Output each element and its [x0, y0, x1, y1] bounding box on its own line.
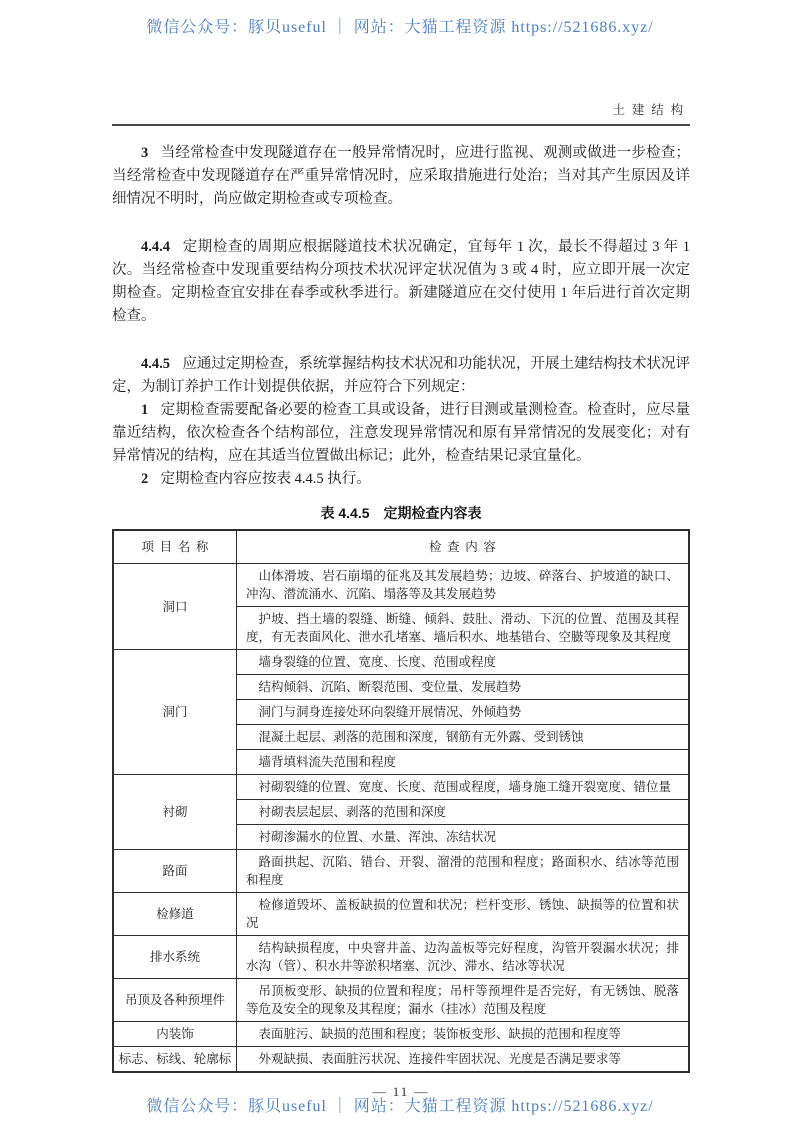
table-row: 衬砌衬砌裂缝的位置、宽度、长度、范围或程度，墙身施工缝开裂宽度、错位量 [113, 775, 689, 800]
inspection-content-cell: 护坡、挡土墙的裂缝、断缝、倾斜、鼓肚、滑动、下沉的位置、范围及其程度，有无表面风… [237, 607, 690, 650]
page-content: 土建结构 3当经常检查中发现隧道存在一般异常情况时，应进行监视、观测或做进一步检… [112, 100, 690, 1100]
paragraph-clause-4-4-5: 4.4.5应通过定期检查，系统掌握结构技术状况和功能状况，开展土建结构技术状况评… [112, 353, 690, 399]
inspection-content-cell: 山体滑坡、岩石崩塌的征兆及其发展趋势；边坡、碎落台、护坡道的缺口、冲沟、潜流涌水… [237, 564, 690, 607]
paragraph-item-2: 2定期检查内容应按表 4.4.5 执行。 [112, 468, 690, 491]
inspection-content-cell: 衬砌表层起层、剥落的范围和深度 [237, 800, 690, 825]
table-row: 检修道检修道毁坏、盖板缺损的位置和状况；栏杆变形、锈蚀、缺损等的位置和状况 [113, 893, 689, 936]
inspection-table: 项目名称 检查内容 洞口山体滑坡、岩石崩塌的征兆及其发展趋势；边坡、碎落台、护坡… [112, 529, 690, 1073]
running-head: 土建结构 [112, 100, 690, 118]
inspection-content-cell: 外观缺损、表面脏污状况、连接件牢固状况、光度是否满足要求等 [237, 1047, 690, 1073]
table-header-row: 项目名称 检查内容 [113, 530, 689, 564]
document-page: 微信公众号：豚贝useful ｜ 网站：大猫工程资源 https://52168… [0, 0, 800, 1132]
inspection-content-cell: 结构缺损程度，中央窨井盖、边沟盖板等完好程度，沟管开裂漏水状况；排水沟（管）、积… [237, 936, 690, 979]
table-row: 路面路面拱起、沉陷、错台、开裂、溜滑的范围和程度；路面积水、结冰等范围和程度 [113, 850, 689, 893]
clause-text: 当经常检查中发现隧道存在一般异常情况时，应进行监视、观测或做进一步检查；当经常检… [112, 145, 690, 207]
item-name-cell: 吊顶及各种预埋件 [113, 979, 237, 1022]
table-row: 标志、标线、轮廓标外观缺损、表面脏污状况、连接件牢固状况、光度是否满足要求等 [113, 1047, 689, 1073]
table-row: 洞门墙身裂缝的位置、宽度、长度、范围或程度 [113, 650, 689, 675]
item-name-cell: 洞口 [113, 564, 237, 650]
inspection-content-cell: 表面脏污、缺损的范围和程度；装饰板变形、缺损的范围和程度等 [237, 1022, 690, 1047]
column-header-item-name: 项目名称 [113, 530, 237, 564]
table-row: 吊顶及各种预埋件吊顶板变形、缺损的位置和程度；吊杆等预埋件是否完好，有无锈蚀、脱… [113, 979, 689, 1022]
inspection-content-cell: 路面拱起、沉陷、错台、开裂、溜滑的范围和程度；路面积水、结冰等范围和程度 [237, 850, 690, 893]
clause-number: 3 [141, 145, 148, 161]
header-divider [112, 124, 690, 126]
clause-number: 1 [141, 402, 148, 418]
inspection-content-cell: 检修道毁坏、盖板缺损的位置和状况；栏杆变形、锈蚀、缺损等的位置和状况 [237, 893, 690, 936]
table-row: 洞口山体滑坡、岩石崩塌的征兆及其发展趋势；边坡、碎落台、护坡道的缺口、冲沟、潜流… [113, 564, 689, 607]
item-name-cell: 排水系统 [113, 936, 237, 979]
inspection-content-cell: 吊顶板变形、缺损的位置和程度；吊杆等预埋件是否完好，有无锈蚀、脱落等危及安全的现… [237, 979, 690, 1022]
inspection-content-cell: 结构倾斜、沉陷、断裂范围、变位量、发展趋势 [237, 675, 690, 700]
clause-text: 定期检查内容应按表 4.4.5 执行。 [161, 471, 371, 487]
paragraph-item-1: 1定期检查需要配备必要的检查工具或设备，进行目测或量测检查。检查时，应尽量靠近结… [112, 399, 690, 468]
promo-footer-note: 微信公众号：豚贝useful ｜ 网站：大猫工程资源 https://52168… [0, 1093, 800, 1116]
paragraph-clause-4-4-4: 4.4.4定期检查的周期应根据隧道技术状况确定，宜每年 1 次，最长不得超过 3… [112, 236, 690, 328]
table-row: 内装饰表面脏污、缺损的范围和程度；装饰板变形、缺损的范围和程度等 [113, 1022, 689, 1047]
item-name-cell: 检修道 [113, 893, 237, 936]
promo-header-note: 微信公众号：豚贝useful ｜ 网站：大猫工程资源 https://52168… [0, 14, 800, 37]
inspection-content-cell: 衬砌裂缝的位置、宽度、长度、范围或程度，墙身施工缝开裂宽度、错位量 [237, 775, 690, 800]
table-title: 表 4.4.5 定期检查内容表 [112, 503, 690, 523]
clause-text: 应通过定期检查，系统掌握结构技术状况和功能状况，开展土建结构技术状况评定，为制订… [112, 356, 690, 395]
clause-number: 2 [141, 471, 148, 487]
inspection-content-cell: 洞门与洞身连接处环向裂缝开展情况、外倾趋势 [237, 700, 690, 725]
item-name-cell: 内装饰 [113, 1022, 237, 1047]
clause-text: 定期检查的周期应根据隧道技术状况确定，宜每年 1 次，最长不得超过 3 年 1 … [112, 239, 690, 324]
inspection-content-cell: 衬砌渗漏水的位置、水量、浑浊、冻结状况 [237, 825, 690, 850]
clause-number: 4.4.5 [141, 356, 170, 372]
paragraph-item-3: 3当经常检查中发现隧道存在一般异常情况时，应进行监视、观测或做进一步检查；当经常… [112, 142, 690, 211]
item-name-cell: 标志、标线、轮廓标 [113, 1047, 237, 1073]
clause-number: 4.4.4 [141, 239, 170, 255]
item-name-cell: 洞门 [113, 650, 237, 775]
inspection-table-body: 洞口山体滑坡、岩石崩塌的征兆及其发展趋势；边坡、碎落台、护坡道的缺口、冲沟、潜流… [113, 564, 689, 1073]
inspection-content-cell: 混凝土起层、剥落的范围和深度，钢筋有无外露、受到锈蚀 [237, 725, 690, 750]
inspection-content-cell: 墙身裂缝的位置、宽度、长度、范围或程度 [237, 650, 690, 675]
item-name-cell: 衬砌 [113, 775, 237, 850]
clause-text: 定期检查需要配备必要的检查工具或设备，进行目测或量测检查。检查时，应尽量靠近结构… [112, 402, 690, 464]
inspection-content-cell: 墙背填料流失范围和程度 [237, 750, 690, 775]
item-name-cell: 路面 [113, 850, 237, 893]
column-header-inspection-content: 检查内容 [237, 530, 690, 564]
table-row: 排水系统结构缺损程度，中央窨井盖、边沟盖板等完好程度，沟管开裂漏水状况；排水沟（… [113, 936, 689, 979]
